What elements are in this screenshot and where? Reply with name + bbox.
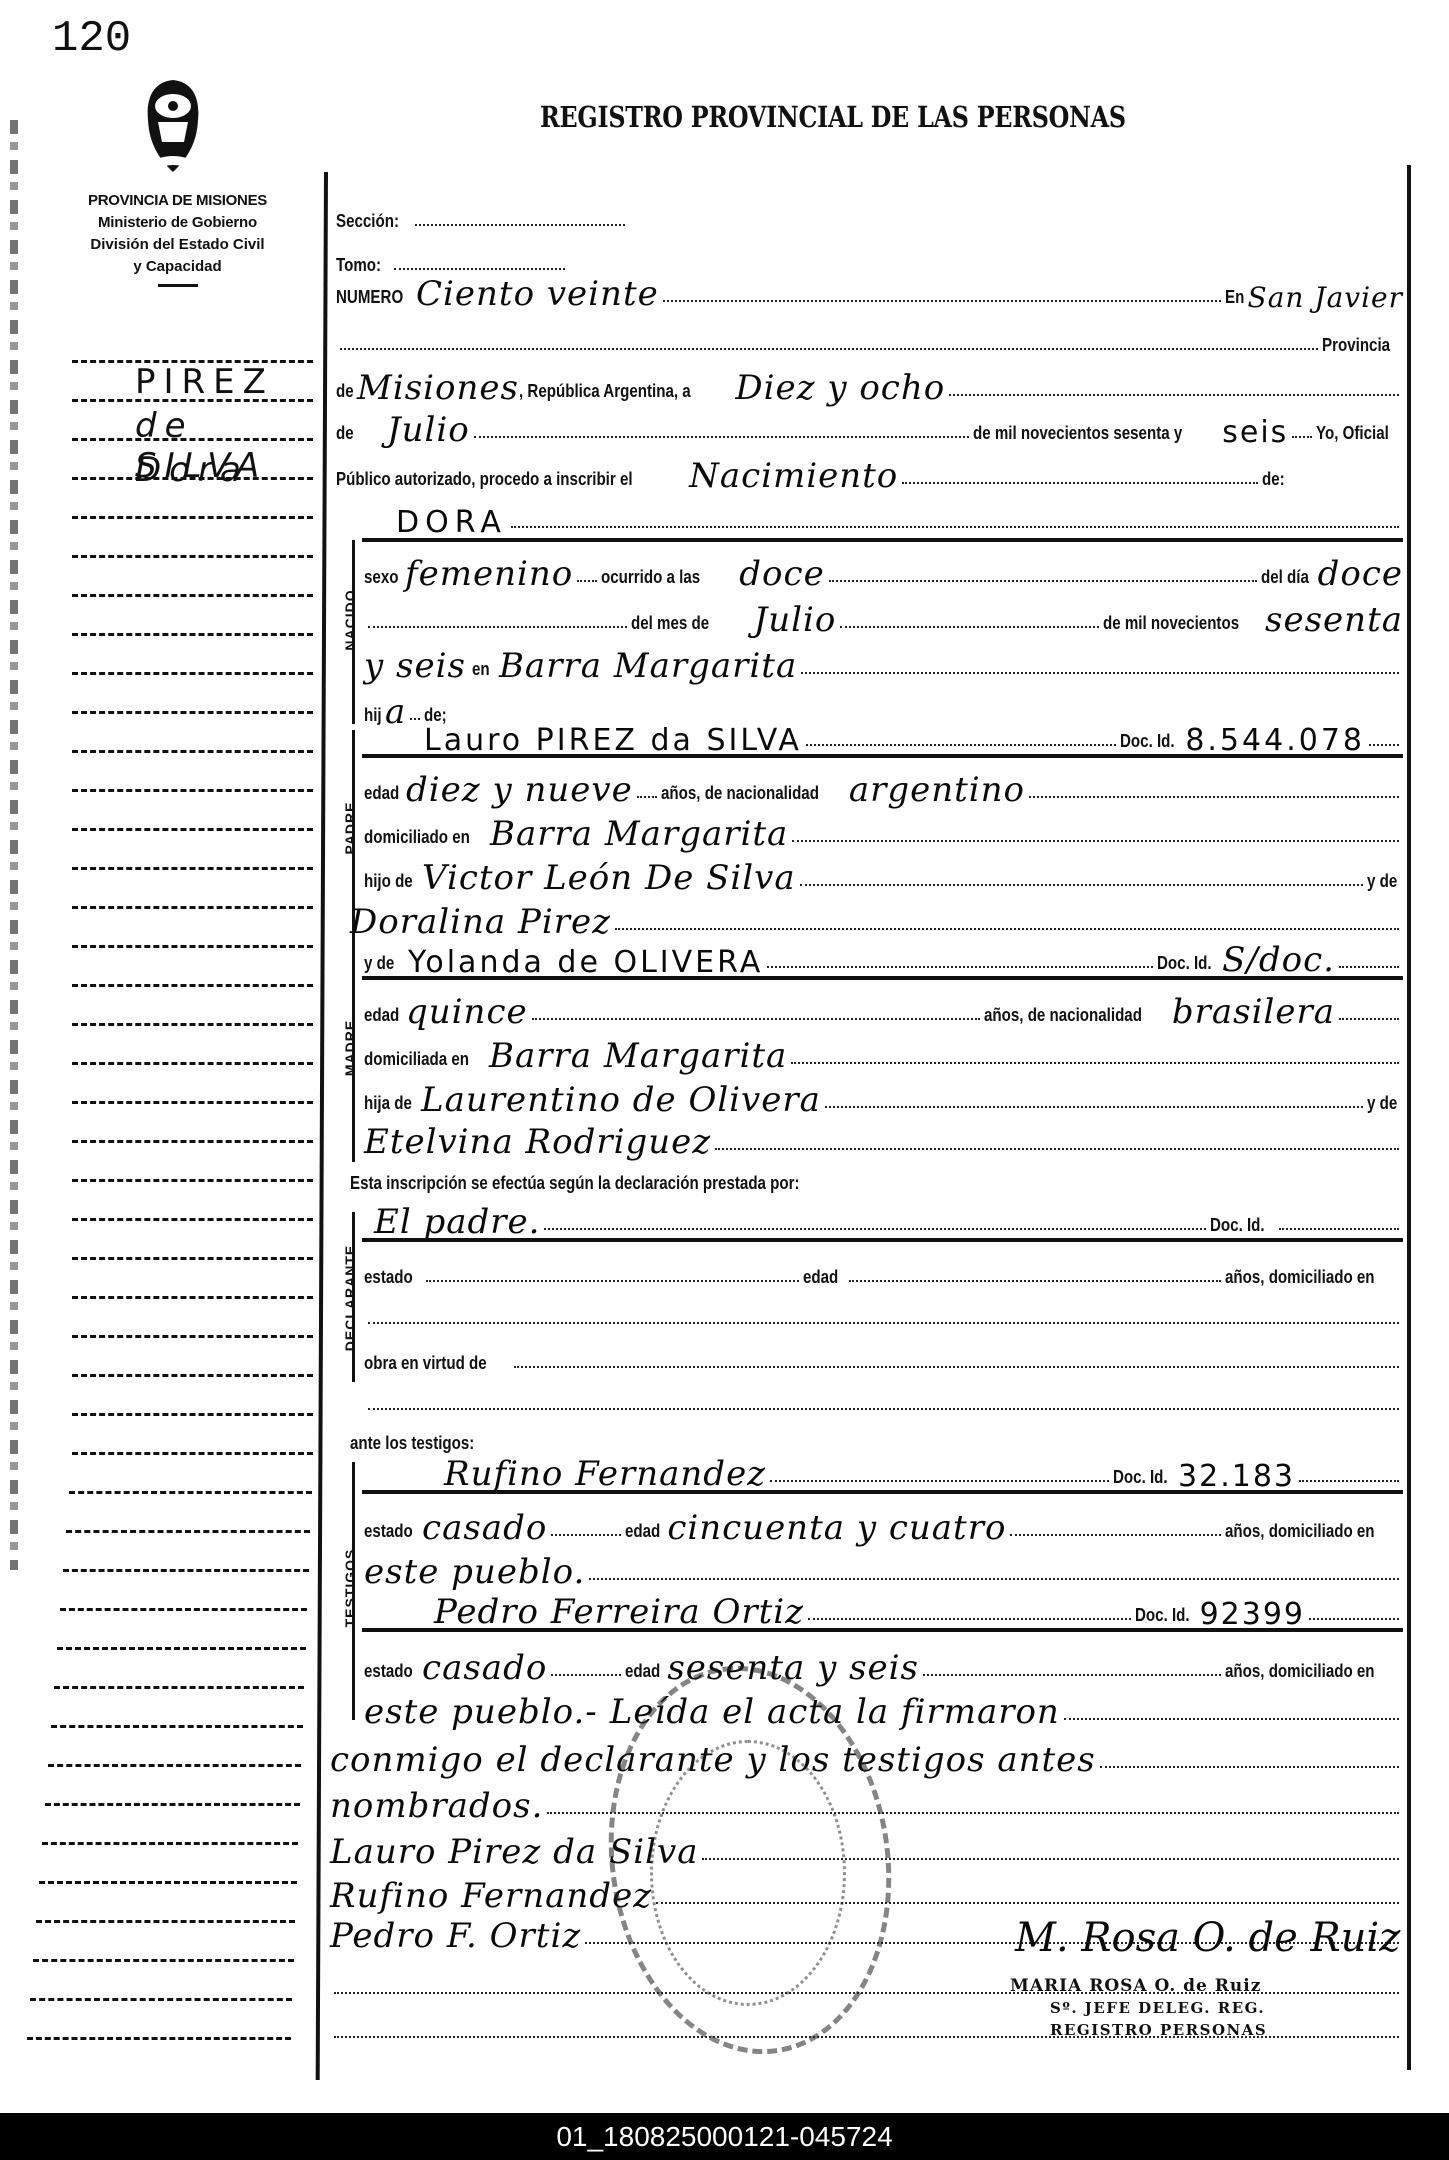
madre-domicilio-row: domiciliada en Barra Margarita — [364, 1030, 1403, 1070]
declarante-domicilio-label: años, domiciliado en — [1225, 1267, 1375, 1288]
padre-doc-label: Doc. Id. — [1120, 731, 1175, 752]
padre-domicilio-label: domiciliado en — [364, 827, 470, 848]
margin-ruled-line — [72, 984, 313, 987]
lugar-row: y seis en Barra Margarita — [364, 640, 1403, 680]
acto-value: Nacimiento — [689, 456, 898, 496]
testigos-section-label: TESTIGOS — [342, 1528, 358, 1648]
padre-nacionalidad-label: años, de nacionalidad — [661, 783, 819, 804]
nacido-section-label: NACIDO — [342, 560, 358, 680]
de-label: de — [336, 381, 354, 402]
anio-label: de mil novecientos sesenta y — [973, 423, 1182, 444]
issuing-organization: PROVINCIA DE MISIONES Ministerio de Gobi… — [40, 190, 315, 287]
sexo-value: femenino — [405, 554, 573, 594]
margin-ruled-line — [54, 1686, 304, 1689]
official-seal-inner-ring — [650, 1740, 846, 2006]
madre-domicilio-label: domiciliada en — [364, 1049, 469, 1070]
margin-ruled-line — [72, 1140, 313, 1143]
testigo-2-estado-label: estado — [364, 1661, 413, 1682]
mes-label: del mes de — [631, 613, 709, 634]
madre-madre-row: Etelvina Rodriguez — [364, 1116, 1403, 1156]
margin-ruled-line — [72, 633, 313, 636]
image-code-footer: 01_180825000121-045724 — [0, 2113, 1449, 2160]
testigo-1-doc-value: 32.183 — [1178, 1459, 1295, 1494]
numero-label: NUMERO — [336, 287, 403, 308]
declarante-nombre-row: El padre. Doc. Id. — [364, 1196, 1403, 1236]
declarante-edad-label: edad — [803, 1267, 838, 1288]
margin-ruled-line — [72, 1257, 313, 1260]
hora-value: doce — [739, 554, 824, 594]
en-label: En — [1225, 287, 1244, 308]
nacimiento-dia-value: doce — [1318, 554, 1403, 594]
margin-surname-1: PIREZ — [135, 362, 274, 402]
margin-ruled-line — [63, 1569, 309, 1572]
margin-ruled-line — [72, 672, 313, 675]
margin-ruled-line — [72, 1413, 313, 1416]
official-title: Sº. JEFE DELEG. REG. — [1010, 1997, 1267, 2019]
sexo-label: sexo — [364, 567, 398, 588]
numero-row: NUMERO Ciento veinte En San Javier — [336, 268, 1403, 308]
testigo-2-domicilio-value: este pueblo.- — [364, 1692, 598, 1732]
margin-ruled-line — [72, 1452, 313, 1455]
declarante-nombre: El padre. — [374, 1202, 540, 1242]
nacimiento-anio-value-2: y seis — [364, 646, 466, 686]
madre-domicilio-value: Barra Margarita — [489, 1036, 787, 1076]
margin-ruled-line — [33, 1959, 294, 1962]
margin-ruled-line — [72, 1296, 313, 1299]
testigo-1-nombre: Rufino Fernandez — [444, 1454, 766, 1494]
margin-ruled-line — [39, 1881, 297, 1884]
testigo-2-doc-value: 92399 — [1200, 1597, 1305, 1632]
madre-hija-de-label: hija de — [364, 1093, 412, 1114]
margin-ruled-line — [42, 1842, 298, 1845]
closing-line-3: nombrados. — [330, 1786, 543, 1826]
org-division: División del Estado Civil — [40, 234, 315, 256]
nacimiento-mes-value: Julio — [754, 600, 837, 640]
madre-edad-label: edad — [364, 1005, 399, 1026]
margin-ruled-line — [69, 1491, 312, 1494]
padre-edad-label: edad — [364, 783, 399, 804]
org-underline — [158, 284, 198, 287]
padre-de-padre-value: Victor León De Silva — [422, 858, 796, 898]
testigo-2-domicilio-row: este pueblo.- Leída el acta la firmaron — [364, 1686, 1403, 1726]
testigo-2-estado-value: casado — [422, 1648, 547, 1688]
margin-ruled-line — [36, 1920, 295, 1923]
publico-label: Público autorizado, procedo a inscribir … — [336, 469, 633, 490]
madre-filiacion-row: hija de Laurentino de Olivera y de — [364, 1074, 1403, 1114]
official-signature: M. Rosa O. de Ruiz — [1015, 1915, 1400, 1961]
padre-de-madre-value: Laurentino de Olivera — [421, 1080, 821, 1120]
madre-doc-label: Doc. Id. — [1157, 953, 1212, 974]
testigo-1-domicilio-row: este pueblo. — [364, 1546, 1403, 1586]
declarante-rule — [362, 1238, 1403, 1242]
testigo-1-estado-value: casado — [422, 1508, 547, 1548]
de-colon-label: de: — [1262, 469, 1285, 490]
margin-ruled-line — [72, 516, 313, 519]
margin-ruled-line — [72, 906, 313, 909]
sexo-row: sexo femenino ocurrido a las doce del dí… — [364, 548, 1403, 588]
margin-ruled-line — [72, 1062, 313, 1065]
margin-ruled-line — [72, 789, 313, 792]
page-number: 120 — [52, 14, 131, 64]
testigo-2-edad-label: edad — [625, 1661, 660, 1682]
registro-anio-value: seis — [1222, 415, 1288, 450]
provincia-label: Provincia — [1322, 335, 1390, 356]
republica-label: , República Argentina, a — [519, 381, 691, 402]
nacido-nombre: DORA — [396, 505, 507, 540]
margin-ruled-line — [48, 1764, 301, 1767]
declarante-section-label: DECLARANTE — [342, 1238, 358, 1358]
padre-edad-value: diez y nueve — [406, 770, 633, 810]
margin-given-name: Dora — [135, 450, 249, 490]
padre-domicilio-value: Barra Margarita — [490, 814, 788, 854]
margin-ruled-line — [72, 711, 313, 714]
testigo-1-doc-label: Doc. Id. — [1113, 1467, 1168, 1488]
padre-nombre: Lauro PIREZ da SILVA — [424, 723, 802, 758]
testigo-2-estado-row: estado casado edad sesenta y seis años, … — [364, 1642, 1403, 1682]
testigo-1-nombre-row: Rufino Fernandez Doc. Id. 32.183 — [364, 1448, 1403, 1488]
declarante-obra-label: obra en virtud de — [364, 1353, 487, 1374]
mes-prefix-label: de — [336, 423, 354, 444]
margin-ruled-line — [72, 477, 313, 480]
padre-rule — [362, 754, 1403, 758]
official-office: REGISTRO PERSONAS — [1010, 2019, 1267, 2041]
mes-row: del mes de Julio de mil novecientos sese… — [364, 594, 1403, 634]
org-ministry: Ministerio de Gobierno — [40, 212, 315, 234]
margin-ruled-line — [30, 1998, 292, 2001]
seccion-row: Sección: — [336, 192, 629, 232]
form-frame-left — [316, 172, 328, 2080]
padre-hijo-de-label: hijo de — [364, 871, 413, 892]
numero-value: Ciento veinte — [416, 274, 659, 314]
padre-nacionalidad-value: argentino — [849, 770, 1025, 810]
testigo-1-domicilio-label: años, domiciliado en — [1225, 1521, 1375, 1542]
madre-y-de-label: y de — [364, 953, 394, 974]
madre-nacionalidad-value: brasilera — [1172, 992, 1335, 1032]
padre-section-label: PADRE — [342, 768, 358, 888]
nacimiento-anio-value-1: sesenta — [1265, 600, 1403, 640]
margin-ruled-line — [66, 1530, 310, 1533]
margin-ruled-line — [72, 750, 313, 753]
hora-label: ocurrido a las — [601, 567, 700, 588]
official-name: MARIA ROSA O. de Ruiz — [1010, 1975, 1267, 1997]
margin-ruled-line — [72, 1179, 313, 1182]
padre-domicilio-row: domiciliado en Barra Margarita — [364, 808, 1403, 848]
margin-ruled-line — [72, 945, 313, 948]
declarante-estado-row: estado edad años, domiciliado en — [364, 1248, 1403, 1288]
binding-edge — [10, 120, 18, 1570]
margin-ruled-line — [45, 1803, 300, 1806]
declarante-obra-row: obra en virtud de — [364, 1334, 1403, 1374]
nacido-nombre-row: DORA — [336, 494, 1403, 534]
madre-nombre: Yolanda de OLIVERA — [408, 945, 763, 980]
padre-nombre-row: Lauro PIREZ da SILVA Doc. Id. 8.544.078 — [364, 712, 1403, 752]
seccion-label: Sección: — [336, 211, 399, 232]
official-stamp-text: MARIA ROSA O. de Ruiz Sº. JEFE DELEG. RE… — [1010, 1975, 1267, 2041]
provincia-value: Misiones — [357, 368, 519, 408]
margin-ruled-line — [72, 399, 313, 402]
margin-ruled-line — [72, 1101, 313, 1104]
padre-madre-row: Doralina Pirez — [350, 896, 1403, 936]
document-title: REGISTRO PROVINCIAL DE LAS PERSONAS — [540, 100, 1126, 134]
testigo-1-estado-label: estado — [364, 1521, 413, 1542]
registro-mes-value: Julio — [387, 410, 470, 450]
madre-doc-value: S/doc. — [1222, 940, 1335, 980]
org-province: PROVINCIA DE MISIONES — [40, 190, 315, 212]
madre-edad-row: edad quince años, de nacionalidad brasil… — [364, 986, 1403, 1026]
testigo-2-nombre: Pedro Ferreira Ortiz — [434, 1592, 804, 1632]
localidad-value: San Javier — [1248, 281, 1403, 314]
padre-filiacion-row: hijo de Victor León De Silva y de — [364, 852, 1403, 892]
padre-y-de-label: y de — [1367, 871, 1397, 892]
padre-edad-row: edad diez y nueve años, de nacionalidad … — [364, 764, 1403, 804]
declarante-estado-label: estado — [364, 1267, 413, 1288]
declarante-intro: Esta inscripción se efectúa según la dec… — [350, 1173, 800, 1194]
testigo-2-rule — [362, 1628, 1403, 1632]
madre-nombre-row: y de Yolanda de OLIVERA Doc. Id. S/doc. — [364, 934, 1403, 974]
declarante-intro-row: Esta inscripción se efectúa según la dec… — [350, 1154, 1403, 1194]
margin-ruled-line — [72, 867, 313, 870]
margin-ruled-line — [72, 555, 313, 558]
margin-ruled-line — [51, 1725, 303, 1728]
mes-anio-row: de Julio de mil novecientos sesenta y se… — [336, 404, 1403, 444]
madre-rule — [362, 976, 1403, 980]
margin-ruled-line — [27, 2037, 291, 2040]
provincia-fecha-row: de Misiones , República Argentina, a Die… — [336, 362, 1403, 402]
testigo-2-doc-label: Doc. Id. — [1135, 1605, 1190, 1626]
margin-ruled-line — [57, 1647, 306, 1650]
org-capacity: y Capacidad — [40, 256, 315, 278]
declarante-domicilio-row — [364, 1290, 1403, 1330]
nacimiento-anio-label: de mil novecientos — [1103, 613, 1239, 634]
lugar-value: Barra Margarita — [499, 646, 797, 686]
testigo-1-edad-value: cincuenta y cuatro — [667, 1508, 1006, 1548]
margin-ruled-line — [72, 1218, 313, 1221]
dia-label: del día — [1261, 567, 1309, 588]
declarante-obra-continuation-row — [364, 1376, 1403, 1416]
madre-y-de-label: y de — [1367, 1093, 1397, 1114]
margin-ruled-line — [72, 828, 313, 831]
coat-of-arms-icon — [140, 76, 206, 176]
registro-dia-value: Diez y ocho — [735, 368, 945, 408]
testigo-1-edad-label: edad — [625, 1521, 660, 1542]
margin-ruled-line — [72, 1374, 313, 1377]
margin-ruled-line — [72, 594, 313, 597]
margin-ruled-line — [72, 360, 313, 363]
testigo-2-nombre-row: Pedro Ferreira Ortiz Doc. Id. 92399 — [364, 1586, 1403, 1626]
declarante-doc-label: Doc. Id. — [1210, 1215, 1265, 1236]
padre-doc-value: 8.544.078 — [1185, 723, 1365, 758]
madre-nacionalidad-label: años, de nacionalidad — [984, 1005, 1142, 1026]
form-frame-right — [1407, 165, 1411, 2070]
signature-testigo-2: Pedro F. Ortiz — [330, 1916, 581, 1956]
provincia-row: Provincia — [336, 316, 1403, 356]
oficial-label: Yo, Oficial — [1316, 423, 1389, 444]
margin-ruled-line — [72, 438, 313, 441]
margin-ruled-line — [60, 1608, 307, 1611]
testigo-2-domicilio-label: años, domiciliado en — [1225, 1661, 1375, 1682]
testigo-1-rule — [362, 1490, 1403, 1494]
testigo-1-estado-row: estado casado edad cincuenta y cuatro añ… — [364, 1502, 1403, 1542]
nacido-rule — [362, 538, 1403, 542]
madre-section-label: MADRE — [342, 988, 358, 1108]
margin-ruled-line — [72, 1335, 313, 1338]
madre-edad-value: quince — [406, 992, 528, 1032]
acto-row: Público autorizado, procedo a inscribir … — [336, 450, 1289, 490]
margin-index: PIREZ de SILVA Dora — [60, 362, 315, 2062]
lugar-en-label: en — [472, 659, 490, 680]
margin-ruled-line — [72, 1023, 313, 1026]
